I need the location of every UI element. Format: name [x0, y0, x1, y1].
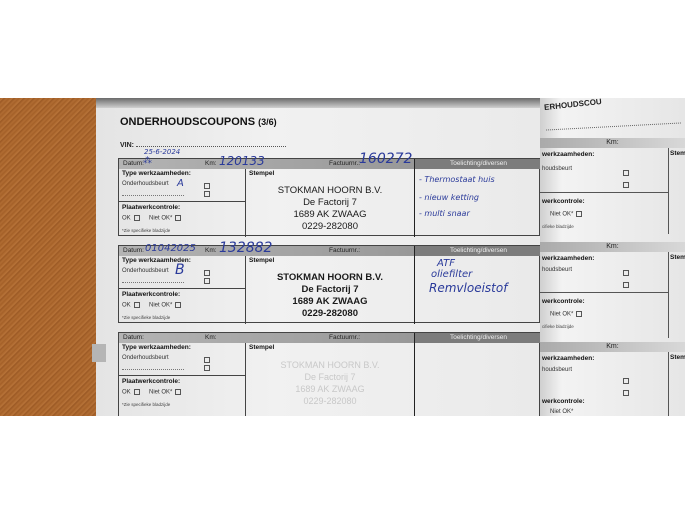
plaatwerkcontrole-section: Plaatwerkcontrole: OK Niet OK* *Zie spec… — [119, 288, 246, 324]
factuurnr-label: Factuurnr.: — [329, 160, 360, 167]
next-page-coupon-3: Km: werkzaamheden: houdsbeurt werkcontro… — [540, 342, 685, 416]
checkbox[interactable] — [623, 170, 629, 176]
onderhoudsbeurt-checkbox[interactable] — [204, 183, 210, 189]
ok-option[interactable]: OK — [122, 389, 140, 396]
plaat-label: werkcontrole: — [542, 398, 585, 405]
ok-option[interactable]: OK — [122, 302, 140, 309]
toelichting-header: Toelichting/diversen — [414, 333, 542, 343]
checkbox[interactable] — [623, 182, 629, 188]
dealer-stamp: STOKMAN HOORN B.V.De Factorij 71689 AK Z… — [246, 272, 414, 320]
plaatwerkcontrole-section: Plaatwerkcontrole: OK Niet OK* *Zie spec… — [119, 375, 246, 416]
stempel-section: Stempel STOKMAN HOORN B.V.De Factorij 71… — [246, 169, 415, 237]
page-title: ONDERHOUDSCOUPONS (3/6) — [120, 116, 277, 128]
ok-option[interactable]: OK — [122, 215, 140, 222]
plaatwerk-label: Plaatwerkcontrole: — [122, 291, 180, 298]
checkbox[interactable] — [623, 390, 629, 396]
niet-ok-option[interactable]: Niet OK* — [550, 211, 582, 218]
datum-label: Datum: — [123, 247, 144, 254]
plaat-label: werkcontrole: — [542, 198, 585, 205]
plaat-label: werkcontrole: — [542, 298, 585, 305]
checkbox[interactable] — [623, 282, 629, 288]
stempel-section: Stempel STOKMAN HOORN B.V.De Factorij 71… — [246, 256, 415, 324]
km-label: Km: — [540, 242, 685, 252]
dealer-stamp: STOKMAN HOORN B.V.De Factorij 71689 AK Z… — [246, 185, 414, 233]
maintenance-booklet-page: ONDERHOUDSCOUPONS (3/6) VIN: 25-6-2024 D… — [96, 104, 540, 416]
niet-ok-option[interactable]: Niet OK* — [149, 389, 181, 396]
stempel-label: Stempel — [249, 344, 274, 351]
divider — [540, 292, 668, 293]
stempel-label: Stempel — [249, 257, 274, 264]
niet-ok-option[interactable]: Niet OK* — [550, 409, 573, 415]
km-label: Km: — [205, 247, 217, 254]
type-werkzaamheden-section: Type werkzaamheden: Onderhoudsbeurt A — [119, 169, 246, 202]
factuurnr-label: Factuurnr.: — [329, 247, 360, 254]
stempel-label: Stempel — [249, 170, 274, 177]
bleed-through-stamp: STOKMAN HOORN B.V.De Factorij 71689 AK Z… — [246, 359, 414, 407]
blank-line — [122, 195, 184, 196]
niet-ok-option[interactable]: Niet OK* — [550, 311, 582, 318]
footnote: cifieke bladzijde — [542, 224, 574, 229]
handwritten-date-note: 25-6-2024 — [144, 148, 180, 156]
type-label: werkzaamheden: — [542, 255, 594, 262]
stempel-label: Stem — [670, 150, 685, 157]
onderhoudsbeurt-row: Onderhoudsbeurt — [122, 268, 169, 274]
plaatwerk-label: Plaatwerkcontrole: — [122, 378, 180, 385]
divider — [540, 192, 668, 193]
left-section: werkzaamheden: houdsbeurt werkcontrole: … — [540, 352, 669, 416]
km-label: Km: — [205, 334, 217, 341]
plaatwerk-label: Plaatwerkcontrole: — [122, 204, 180, 211]
datum-value: ⁂ — [143, 156, 152, 166]
blank-line — [122, 369, 184, 370]
wooden-table-surface — [0, 98, 110, 416]
next-page-coupon-1: Km: werkzaamheden: houdsbeurt werkcontro… — [540, 138, 685, 234]
footnote: *Zie specifieke bladzijde — [122, 402, 170, 407]
onderhoud-label: houdsbeurt — [542, 166, 572, 172]
factuurnr-label: Factuurnr.: — [329, 334, 360, 341]
km-value: 132882 — [219, 240, 272, 256]
factuurnr-value: 160272 — [359, 151, 412, 167]
onderhoudsbeurt-type-value: B — [175, 262, 185, 278]
niet-ok-option[interactable]: Niet OK* — [149, 215, 181, 222]
coupon-3: Datum: Km: Factuurnr.: Toelichting/diver… — [118, 332, 540, 416]
left-section: werkzaamheden: houdsbeurt werkcontrole: … — [540, 252, 669, 338]
next-page-title: ERHOUDSCOU — [544, 98, 602, 112]
background-top — [0, 0, 685, 98]
km-label: Km: — [540, 342, 685, 352]
niet-ok-option[interactable]: Niet OK* — [149, 302, 181, 309]
onderhoudsbeurt-row: Onderhoudsbeurt — [122, 181, 169, 187]
checkbox[interactable] — [623, 270, 629, 276]
toelichting-header: Toelichting/diversen — [414, 159, 542, 169]
blank-line — [122, 282, 184, 283]
coupon-1: Datum: Km: Factuurnr.: ⁂ 120133 160272 T… — [118, 158, 540, 236]
document-photo: ONDERHOUDSCOUPONS (3/6) VIN: 25-6-2024 D… — [0, 98, 685, 416]
datum-value: 01042025 — [145, 243, 196, 254]
type-label: Type werkzaamheden: — [122, 170, 191, 177]
onderhoudsbeurt-type-value: A — [177, 178, 184, 189]
onderhoudsbeurt-checkbox[interactable] — [204, 270, 210, 276]
km-label: Km: — [540, 138, 685, 148]
type-label: Type werkzaamheden: — [122, 344, 191, 351]
datum-label: Datum: — [123, 334, 144, 341]
type-werkzaamheden-section: Type werkzaamheden: Onderhoudsbeurt — [119, 343, 246, 376]
km-label: Km: — [205, 160, 217, 167]
onderhoud-label: houdsbeurt — [542, 267, 572, 273]
other-checkbox[interactable] — [204, 365, 210, 371]
onderhoud-label: houdsbeurt — [542, 367, 572, 373]
plaatwerkcontrole-section: Plaatwerkcontrole: OK Niet OK* *Zie spec… — [119, 201, 246, 237]
page-top-edge — [96, 98, 546, 108]
footnote: *Zie specifieke bladzijde — [122, 315, 170, 320]
checkbox[interactable] — [623, 378, 629, 384]
stempel-section: Stempel STOKMAN HOORN B.V.De Factorij 71… — [246, 343, 415, 416]
stempel-label: Stem — [670, 354, 685, 361]
next-page-coupon-2: Km: werkzaamheden: houdsbeurt werkcontro… — [540, 242, 685, 338]
left-section: werkzaamheden: houdsbeurt werkcontrole: … — [540, 148, 669, 234]
stempel-label: Stem — [670, 254, 685, 261]
datum-label: Datum: — [123, 160, 144, 167]
type-label: werkzaamheden: — [542, 355, 594, 362]
next-page-curled: ERHOUDSCOU Km: werkzaamheden: houdsbeurt… — [540, 98, 685, 416]
toelichting-header: Toelichting/diversen — [414, 246, 542, 256]
page-tab-marker — [92, 344, 106, 362]
coupon-2: Datum: Km: Factuurnr.: 01042025 132882 T… — [118, 245, 540, 323]
km-value: 120133 — [219, 154, 265, 168]
type-label: werkzaamheden: — [542, 151, 594, 158]
vin-line — [546, 122, 681, 130]
other-checkbox[interactable] — [204, 278, 210, 284]
footnote: *Zie specifieke bladzijde — [122, 228, 170, 233]
footnote: cifieke bladzijde — [542, 324, 574, 329]
type-werkzaamheden-section: Type werkzaamheden: Onderhoudsbeurt B — [119, 256, 246, 289]
onderhoudsbeurt-row: Onderhoudsbeurt — [122, 355, 169, 361]
other-checkbox[interactable] — [204, 191, 210, 197]
onderhoudsbeurt-checkbox[interactable] — [204, 357, 210, 363]
